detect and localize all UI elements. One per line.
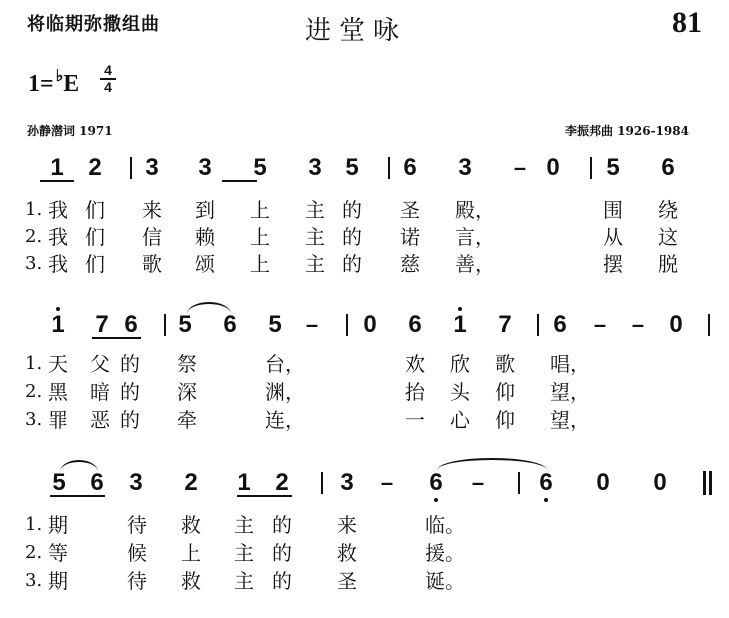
note: 3 xyxy=(455,155,475,181)
lyric: 欣 xyxy=(450,352,470,376)
note: 6 xyxy=(87,470,107,496)
key-note: E xyxy=(63,71,79,97)
lyric: 颂 xyxy=(195,252,215,276)
key-prefix: 1= xyxy=(28,71,54,97)
note: 1 xyxy=(47,155,67,181)
tie xyxy=(437,458,547,470)
slur xyxy=(60,460,98,472)
page-number: 81 xyxy=(672,6,702,40)
barline xyxy=(518,472,520,494)
lyric: 仰 xyxy=(495,380,515,404)
note: 7 xyxy=(92,312,112,338)
lyric: 望， xyxy=(550,408,590,432)
note: 5 xyxy=(265,312,285,338)
note: 5 xyxy=(603,155,623,181)
note: 3 xyxy=(305,155,325,181)
barline xyxy=(164,314,166,336)
rest: 0 xyxy=(666,312,686,338)
lyric: 圣 xyxy=(400,198,420,222)
lyric: 等 xyxy=(48,541,68,565)
lyric: 期 xyxy=(48,513,68,537)
key-signature: 1=♭E xyxy=(28,66,79,98)
verse-number: 1. xyxy=(25,352,42,376)
lyric: 救 xyxy=(337,541,357,565)
lyric: 慈 xyxy=(400,252,420,276)
lyric: 言， xyxy=(455,225,495,249)
lyric: 们 xyxy=(85,225,105,249)
lyric: 上 xyxy=(250,198,270,222)
lyric: 候 xyxy=(127,541,147,565)
note-digit: 1 xyxy=(453,311,466,338)
lyric: 到 xyxy=(195,198,215,222)
lyric: 歌 xyxy=(142,252,162,276)
lyric: 的 xyxy=(272,569,292,593)
lyric: 欢 xyxy=(405,352,425,376)
note: 6 xyxy=(405,312,425,338)
barline xyxy=(537,314,539,336)
lyric: 上 xyxy=(250,252,270,276)
note-high: 1 xyxy=(450,312,470,338)
lyric: 主 xyxy=(234,513,254,537)
note-digit: 1 xyxy=(51,311,64,338)
verse-number: 3. xyxy=(25,408,42,432)
barline xyxy=(346,314,348,336)
lyric: 善， xyxy=(455,252,495,276)
lyric: 的 xyxy=(342,225,362,249)
note-digit: 6 xyxy=(429,469,442,496)
lyric: 主 xyxy=(305,198,325,222)
lyric: 的 xyxy=(120,352,140,376)
note: 5 xyxy=(250,155,270,181)
lyric: 恶 xyxy=(90,408,110,432)
verse-number: 2. xyxy=(25,380,42,404)
note: 5 xyxy=(49,470,69,496)
note: 3 xyxy=(142,155,162,181)
lyric: 脱 xyxy=(658,252,678,276)
lyric: 救 xyxy=(181,569,201,593)
lyric: 我 xyxy=(48,198,68,222)
dash-extension: – xyxy=(377,470,397,496)
lyric: 救 xyxy=(181,513,201,537)
underline-beam xyxy=(40,180,74,182)
note: 2 xyxy=(181,470,201,496)
note: 2 xyxy=(85,155,105,181)
verse-number: 2. xyxy=(25,541,42,565)
note: 2 xyxy=(272,470,292,496)
lyric: 圣 xyxy=(337,569,357,593)
lyric: 的 xyxy=(272,541,292,565)
song-title: 进堂咏 xyxy=(305,10,407,47)
time-sig-bottom: 4 xyxy=(98,81,118,94)
note-low: 6 xyxy=(426,470,446,496)
lyric: 围 xyxy=(603,198,623,222)
note: 3 xyxy=(337,470,357,496)
lyric: 天 xyxy=(48,352,68,376)
verse-number: 1. xyxy=(25,198,42,222)
rest: 0 xyxy=(543,155,563,181)
lyric: 牵 xyxy=(177,408,197,432)
note: 6 xyxy=(658,155,678,181)
lyric: 上 xyxy=(250,225,270,249)
lyric: 上 xyxy=(181,541,201,565)
lyric: 期 xyxy=(48,569,68,593)
lyric: 绕 xyxy=(658,198,678,222)
lyric: 渊， xyxy=(265,380,305,404)
barline xyxy=(708,314,710,336)
lyric: 我 xyxy=(48,225,68,249)
lyric: 祭 xyxy=(177,352,197,376)
dash-extension: – xyxy=(468,470,488,496)
note-digit: 6 xyxy=(539,469,552,496)
note: 6 xyxy=(550,312,570,338)
note-high: 1 xyxy=(48,312,68,338)
lyric: 临。 xyxy=(425,513,465,537)
lyric: 摆 xyxy=(603,252,623,276)
underline-beam xyxy=(50,495,105,497)
barline xyxy=(321,472,323,494)
underline-beam xyxy=(237,495,292,497)
lyric: 的 xyxy=(120,408,140,432)
slur xyxy=(187,302,231,314)
lyric: 头 xyxy=(450,380,470,404)
lyric: 抬 xyxy=(405,380,425,404)
verse-number: 3. xyxy=(25,252,42,276)
underline-beam xyxy=(92,337,141,339)
lyricist-credit: 孙静潜词 1971 xyxy=(27,122,113,139)
lyric: 殿， xyxy=(455,198,495,222)
lyric: 待 xyxy=(127,569,147,593)
time-sig-top: 4 xyxy=(98,64,118,77)
note: 5 xyxy=(175,312,195,338)
verse-number: 3. xyxy=(25,569,42,593)
lyric: 们 xyxy=(85,252,105,276)
lyric: 的 xyxy=(342,198,362,222)
low-octave-dot xyxy=(544,498,548,502)
lyric: 信 xyxy=(142,225,162,249)
lyric: 台， xyxy=(265,352,305,376)
note: 6 xyxy=(400,155,420,181)
lyric: 主 xyxy=(305,252,325,276)
lyric: 唱， xyxy=(550,352,590,376)
lyric: 黑 xyxy=(48,380,68,404)
lyric: 来 xyxy=(142,198,162,222)
barline xyxy=(590,157,592,179)
dash-extension: – xyxy=(302,312,322,338)
lyric: 主 xyxy=(234,569,254,593)
time-signature: 4 4 xyxy=(98,64,118,94)
lyric: 深 xyxy=(177,380,197,404)
rest: 0 xyxy=(360,312,380,338)
final-barline xyxy=(703,471,706,495)
lyric: 们 xyxy=(85,198,105,222)
note: 7 xyxy=(495,312,515,338)
lyric: 的 xyxy=(272,513,292,537)
note: 3 xyxy=(126,470,146,496)
note: 1 xyxy=(234,470,254,496)
dash-extension: – xyxy=(628,312,648,338)
high-octave-dot xyxy=(458,307,462,311)
lyric: 诺 xyxy=(400,225,420,249)
verse-number: 2. xyxy=(25,225,42,249)
note: 6 xyxy=(121,312,141,338)
low-octave-dot xyxy=(434,498,438,502)
lyric: 我 xyxy=(48,252,68,276)
lyric: 一 xyxy=(405,408,425,432)
lyric: 仰 xyxy=(495,408,515,432)
dash-extension: – xyxy=(510,155,530,181)
barline xyxy=(130,157,132,179)
lyric: 心 xyxy=(450,408,470,432)
dash-extension: – xyxy=(590,312,610,338)
note: 6 xyxy=(220,312,240,338)
lyric: 从 xyxy=(603,225,623,249)
lyric: 诞。 xyxy=(425,569,465,593)
lyric: 连， xyxy=(265,408,305,432)
lyric: 援。 xyxy=(425,541,465,565)
lyric: 这 xyxy=(658,225,678,249)
underline-beam xyxy=(222,180,257,182)
rest: 0 xyxy=(650,470,670,496)
note-low: 6 xyxy=(536,470,556,496)
verse-number: 1. xyxy=(25,513,42,537)
high-octave-dot xyxy=(56,307,60,311)
final-barline xyxy=(709,471,712,495)
note: 3 xyxy=(195,155,215,181)
lyric: 来 xyxy=(337,513,357,537)
lyric: 待 xyxy=(127,513,147,537)
note: 5 xyxy=(342,155,362,181)
lyric: 暗 xyxy=(90,380,110,404)
collection-title: 将临期弥撒组曲 xyxy=(27,10,160,36)
composer-credit: 李振邦曲 1926-1984 xyxy=(565,122,689,139)
lyric: 主 xyxy=(234,541,254,565)
lyric: 的 xyxy=(120,380,140,404)
lyric: 罪 xyxy=(48,408,68,432)
lyric: 歌 xyxy=(495,352,515,376)
lyric: 父 xyxy=(90,352,110,376)
lyric: 赖 xyxy=(195,225,215,249)
lyric: 主 xyxy=(305,225,325,249)
rest: 0 xyxy=(593,470,613,496)
lyric: 望， xyxy=(550,380,590,404)
barline xyxy=(388,157,390,179)
lyric: 的 xyxy=(342,252,362,276)
